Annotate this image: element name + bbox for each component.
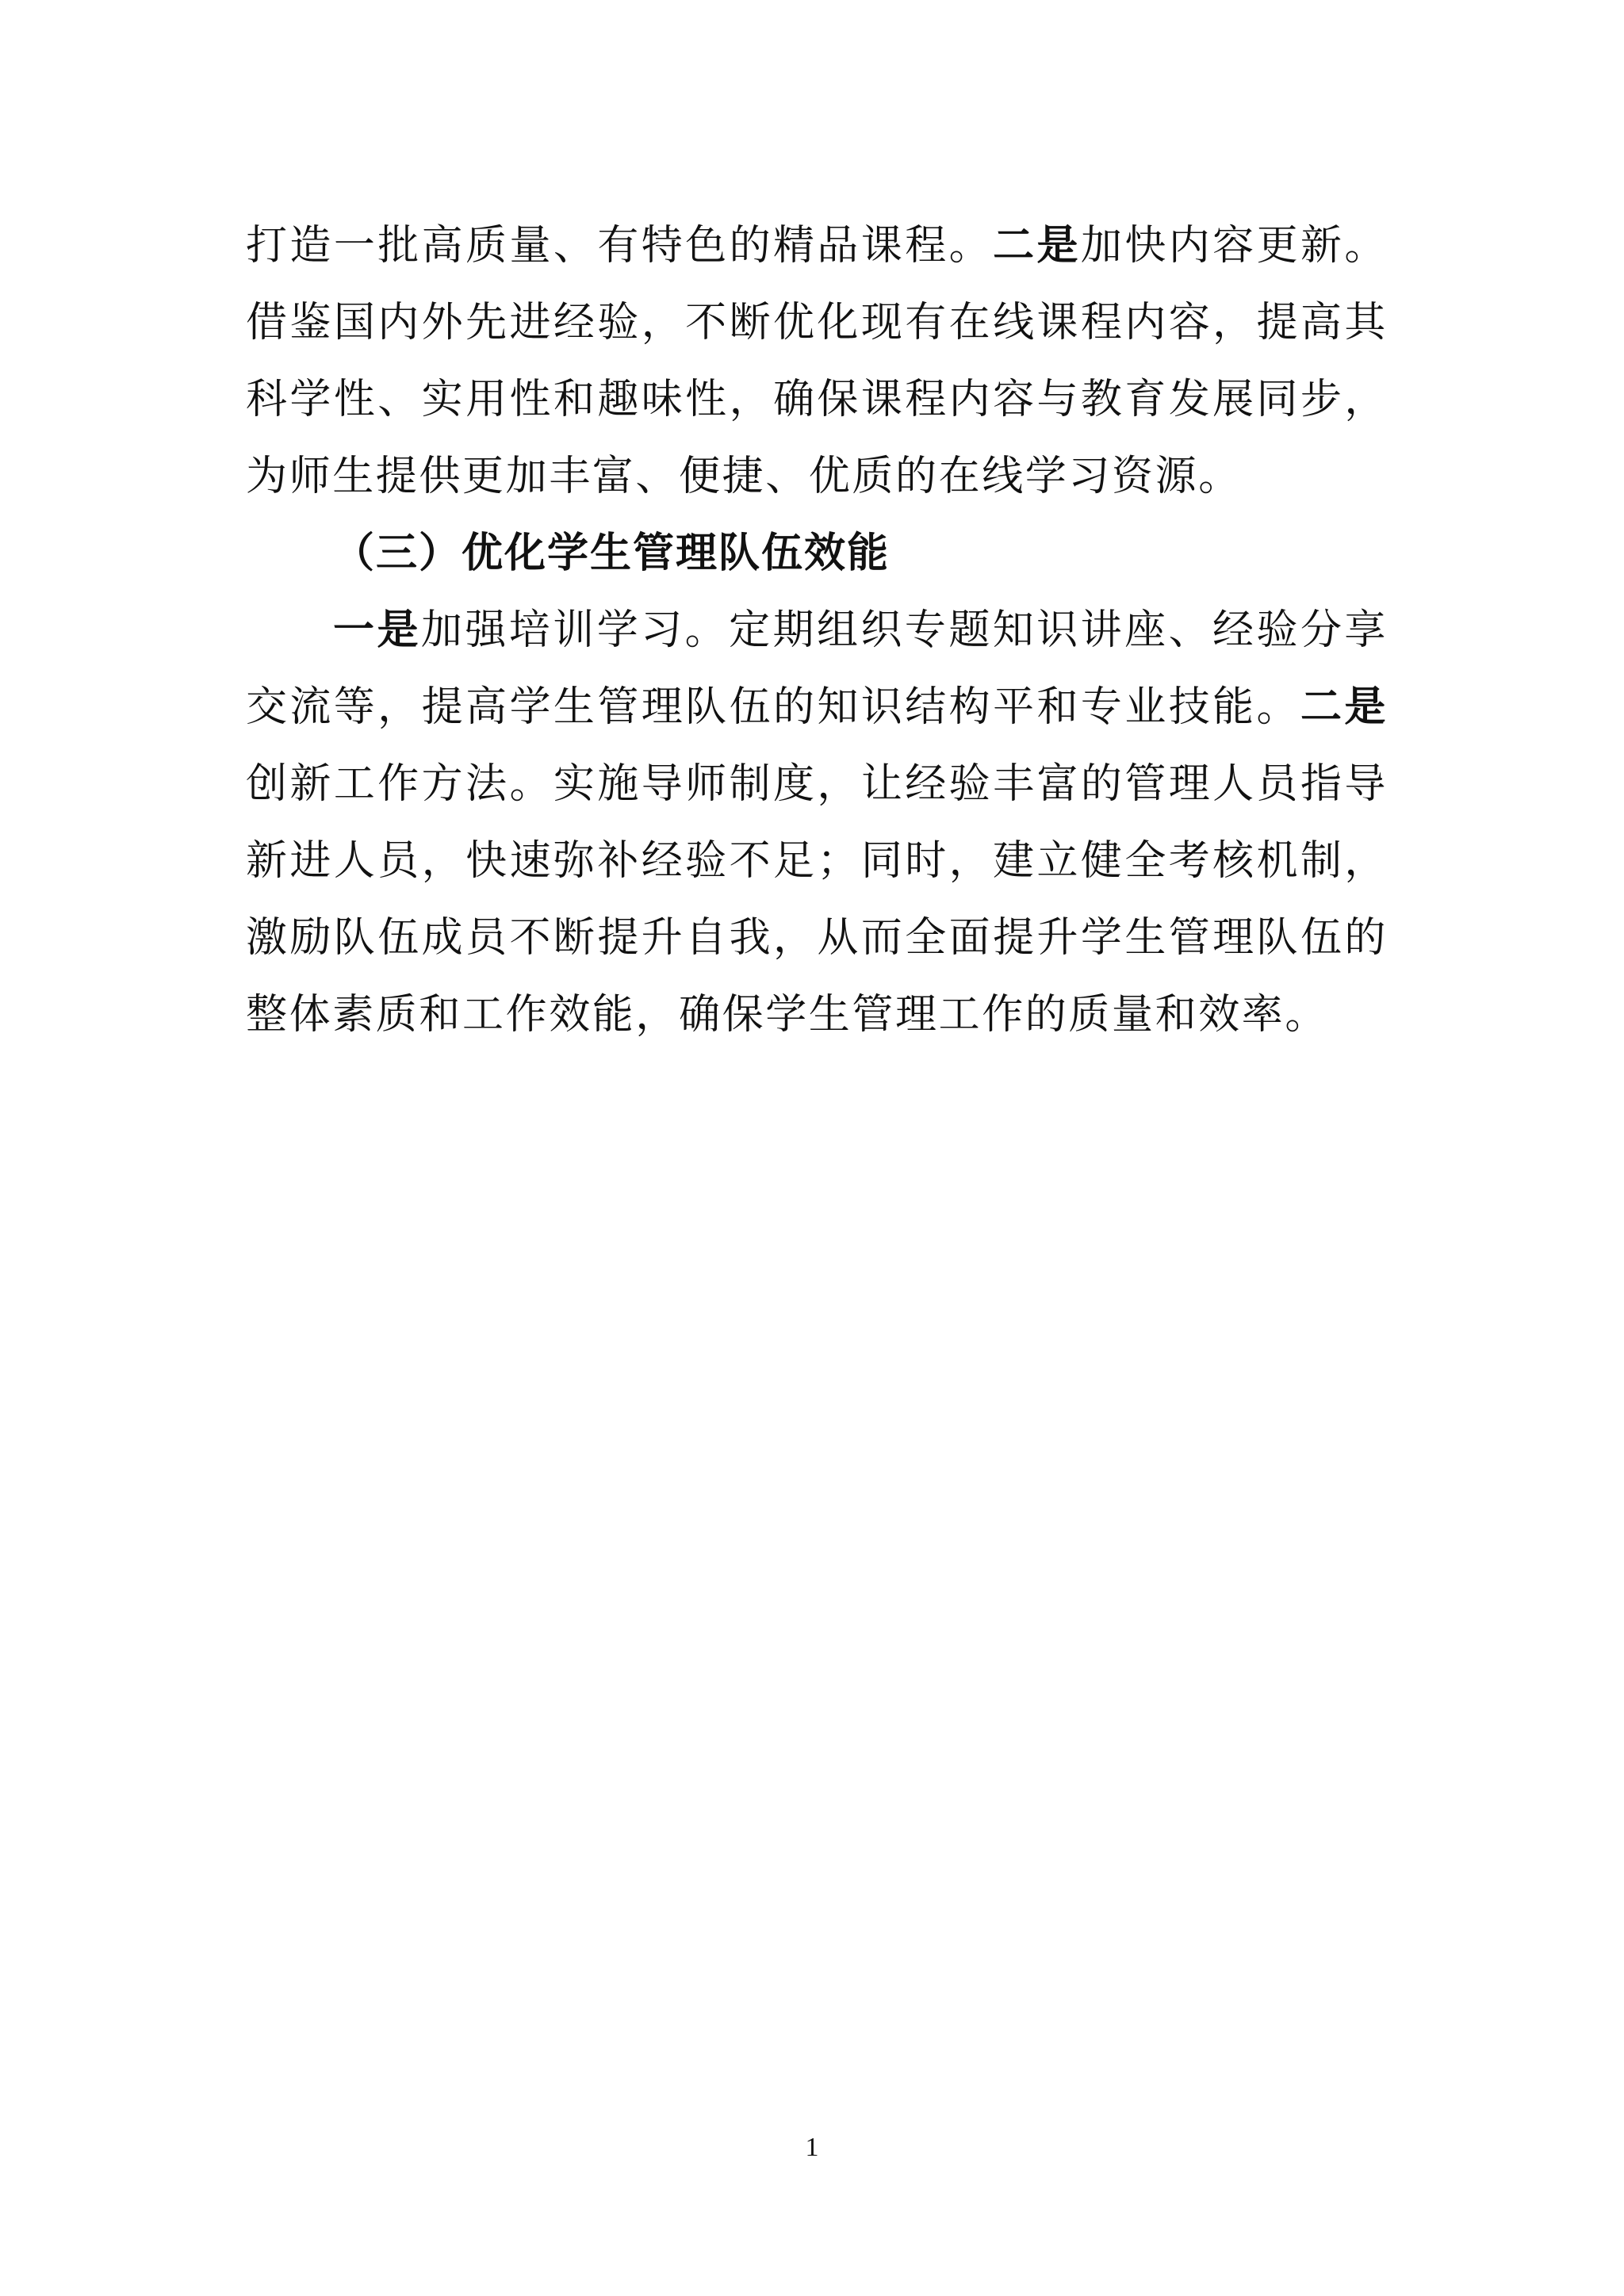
bold-lead-phrase: 二是 (993, 222, 1081, 270)
text-segment: 打造一批高质量、有特色的精品课程。 (246, 222, 993, 270)
bold-lead-phrase: 一是 (333, 607, 421, 654)
text-segment: 创新工作方法。实施导师制度，让经验丰富的管理人员指导新进人员，快速弥补经验不足；… (246, 760, 1388, 1039)
document-page: 打造一批高质量、有特色的精品课程。二是加快内容更新。借鉴国内外先进经验，不断优化… (0, 0, 1624, 2296)
paragraph-management-team: 一是加强培训学习。定期组织专题知识讲座、经验分享交流等，提高学生管理队伍的知识结… (246, 592, 1388, 1054)
section-heading: （三）优化学生管理队伍效能 (246, 515, 1388, 592)
page-number: 1 (0, 2133, 1624, 2163)
paragraph-online-courses: 打造一批高质量、有特色的精品课程。二是加快内容更新。借鉴国内外先进经验，不断优化… (246, 208, 1388, 515)
document-body: 打造一批高质量、有特色的精品课程。二是加快内容更新。借鉴国内外先进经验，不断优化… (246, 208, 1388, 1054)
bold-lead-phrase: 二是 (1300, 683, 1388, 731)
